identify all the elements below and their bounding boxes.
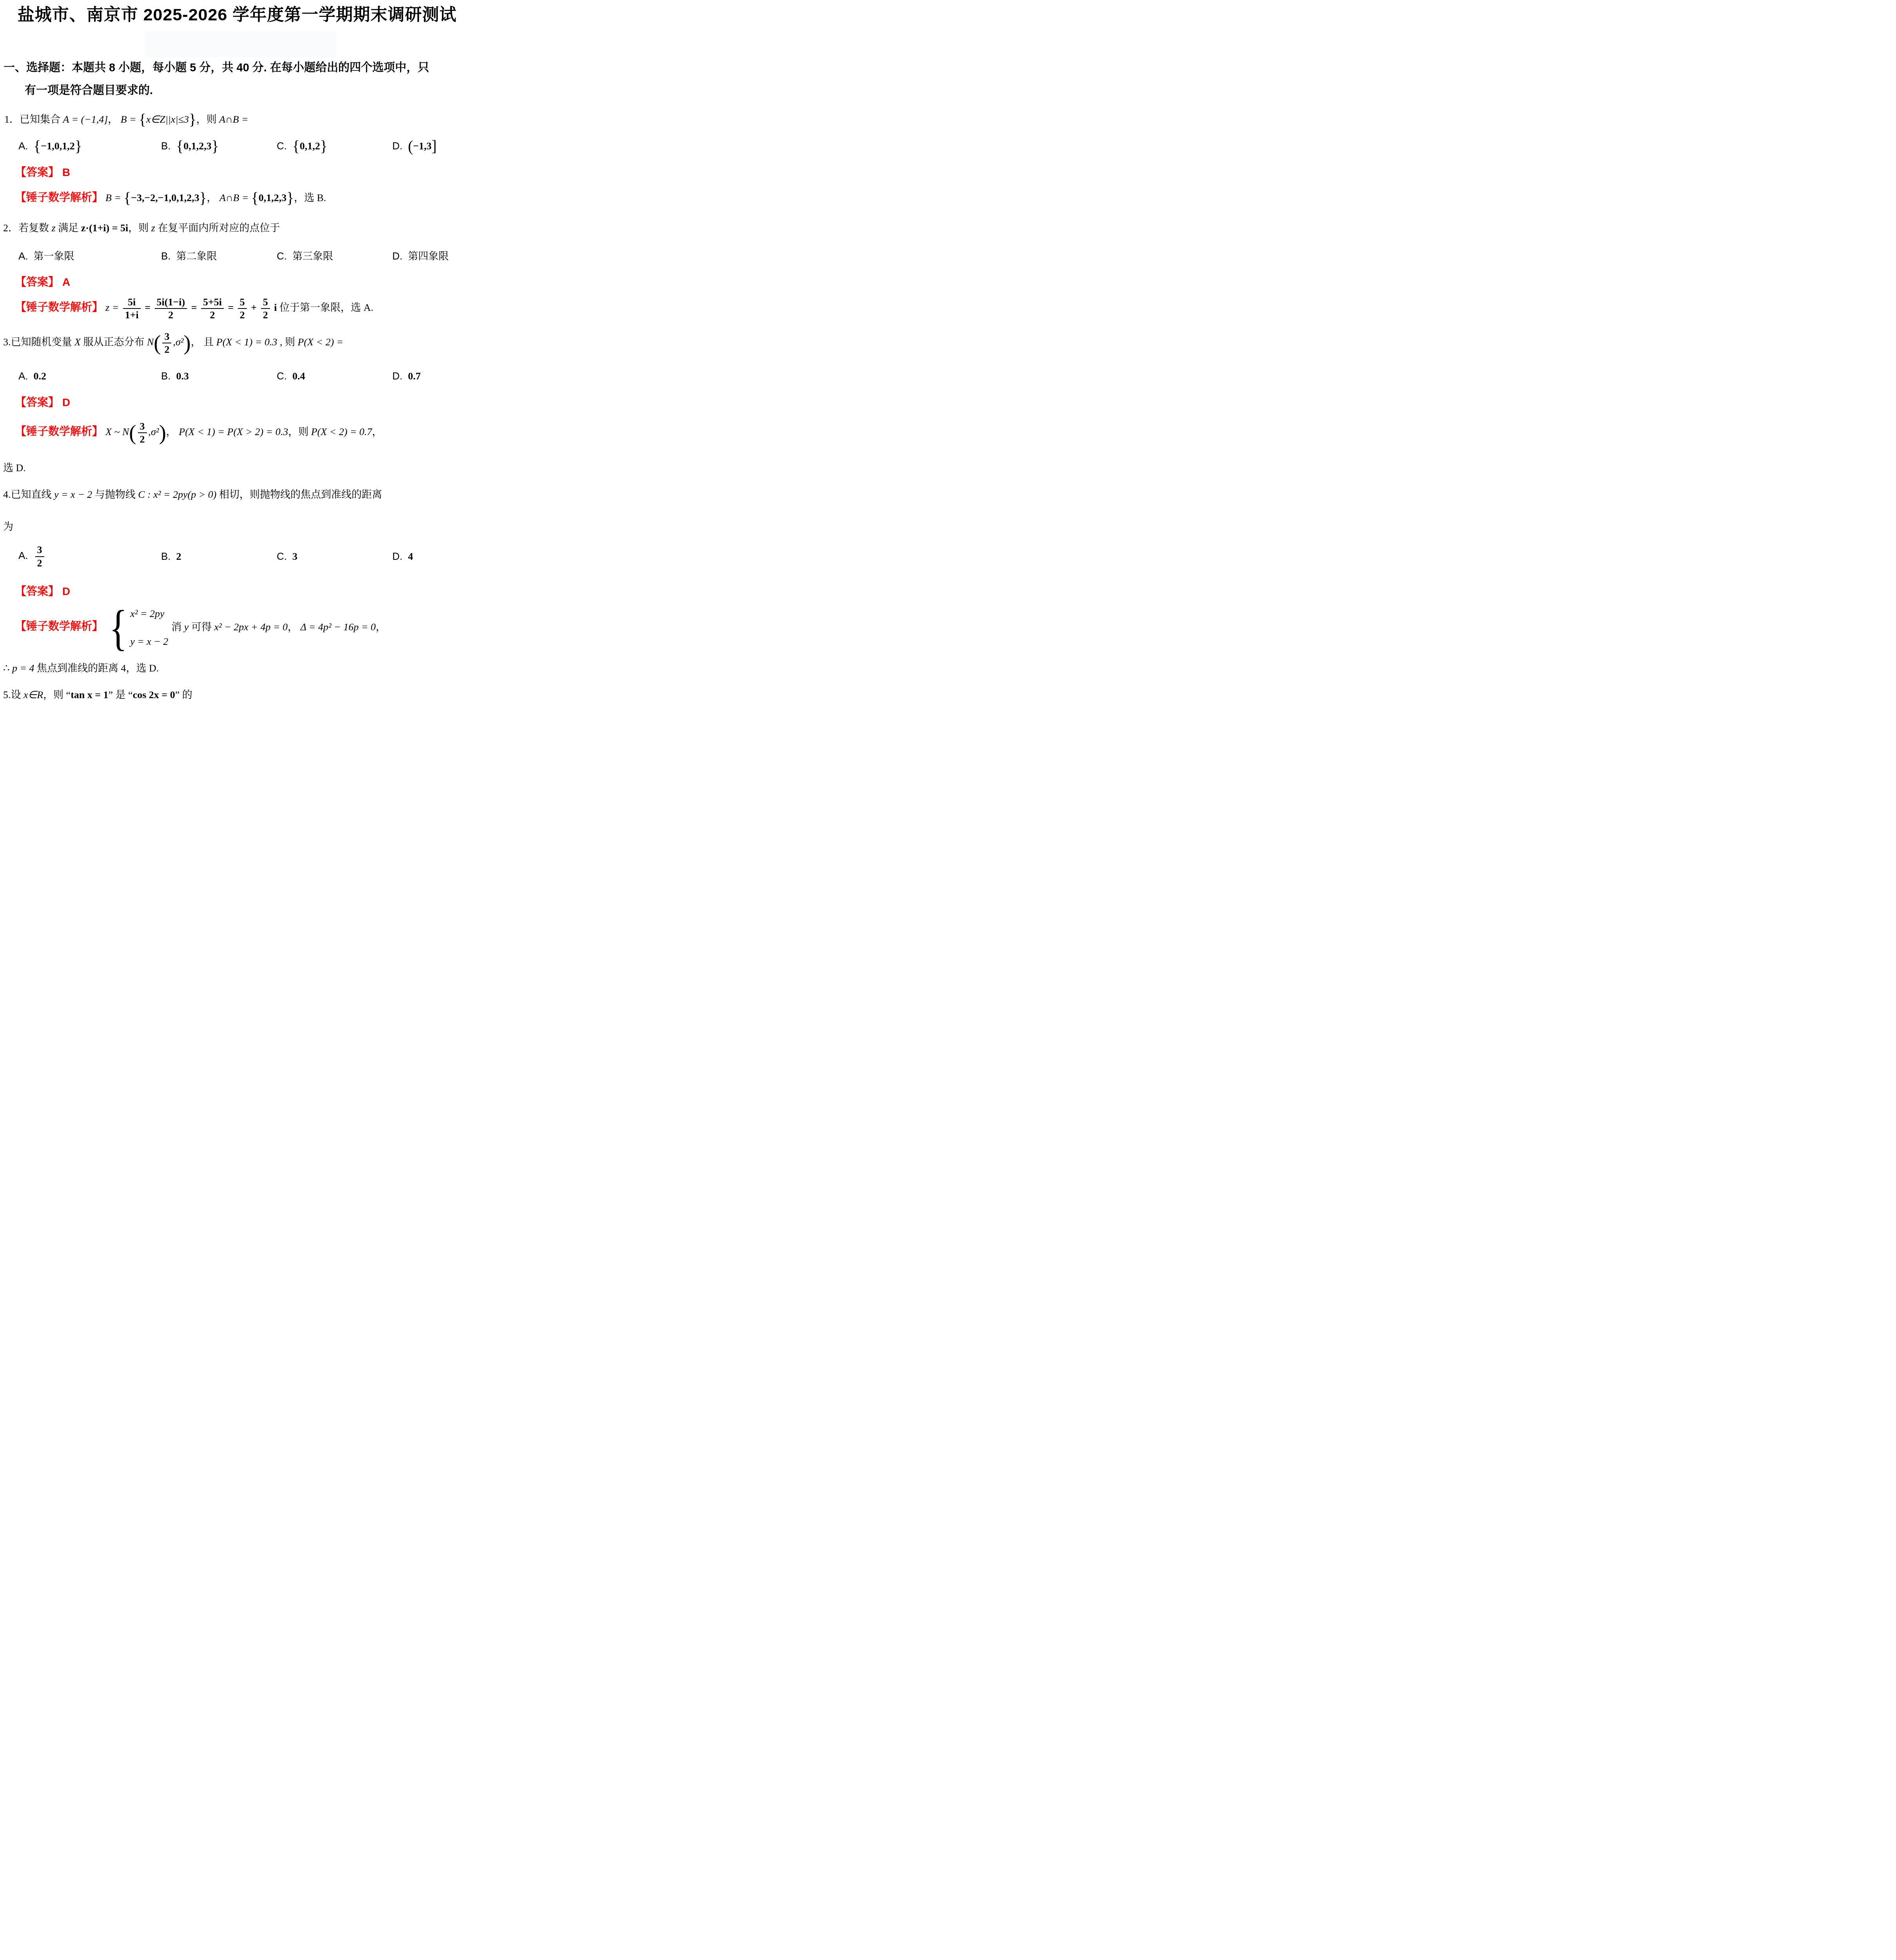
answer-value: D	[62, 585, 70, 597]
answer-tag: 【答案】	[15, 166, 59, 178]
analysis-math: A∩B =	[219, 192, 251, 203]
option-value: −1,0,1,2	[41, 140, 74, 152]
analysis-var-y: y	[184, 621, 189, 632]
fraction: 5i(1−i)2	[155, 296, 187, 321]
q1-option-d: D.(−1,3]	[392, 140, 474, 152]
option-label: C.	[277, 370, 287, 382]
q3-option-d: D.0.7	[392, 370, 474, 382]
exam-document-page: 盐城市、南京市 2025-2026 学年度第一学期期末调研测试 一、选择题：本题…	[0, 0, 474, 725]
numerator: 5+5i	[201, 296, 224, 308]
question-3-conclusion: 选 D.	[0, 461, 474, 475]
numerator: 5	[238, 296, 247, 308]
q2-option-b: B.第二象限	[161, 248, 277, 263]
fraction: 5+5i2	[201, 296, 224, 321]
page-title: 盐城市、南京市 2025-2026 学年度第一学期期末调研测试	[0, 0, 474, 26]
q2-stem-text: 满足	[56, 222, 81, 234]
q2-var-z: z	[151, 222, 155, 234]
q3-stem-text: 服从正态分布	[81, 336, 147, 348]
q1-brace-open: {	[139, 111, 146, 128]
denominator: 2	[35, 556, 44, 569]
q3-var-x: X	[74, 336, 81, 348]
analysis-tag: 【锤子数学解析】	[15, 191, 103, 203]
q4-stem-text: 与抛物线	[92, 489, 138, 500]
cases-eq-1: x² = 2py	[130, 606, 168, 621]
analysis-set: −3,−2,−1,0,1,2,3	[131, 192, 199, 203]
equals: =	[228, 302, 234, 313]
denominator: 1+i	[123, 308, 141, 321]
q5-x-in-r: x∈R	[24, 689, 43, 701]
option-value: 0.2	[34, 370, 47, 382]
q4-stem-text: 已知直线	[11, 489, 54, 500]
q2-equation: z·(1+i) = 5i	[81, 222, 129, 234]
option-value: 第三象限	[292, 250, 333, 262]
analysis-text: ，	[372, 426, 382, 437]
denominator: 2	[138, 432, 147, 445]
brace-close: }	[212, 138, 219, 155]
question-1-stem: 1．已知集合 A = (−1,4]， B = {x∈Z||x|≤3}，则 A∩B…	[0, 112, 474, 127]
brace-open: {	[34, 138, 41, 155]
option-label: A.	[18, 370, 28, 382]
denominator: 2	[261, 308, 270, 321]
option-value: 第四象限	[408, 250, 449, 262]
section-header-line-1: 一、选择题：本题共 8 小题，每小题 5 分，共 40 分. 在每小题给出的四个…	[4, 56, 474, 79]
option-label: B.	[161, 140, 171, 152]
denominator: 2	[238, 308, 247, 321]
brace-open: {	[176, 138, 184, 155]
question-2-options: A.第一象限 B.第二象限 C.第三象限 D.第四象限	[0, 248, 474, 263]
q2-stem-text: 若复数	[18, 222, 52, 234]
denominator: 2	[162, 343, 171, 355]
denominator: 2	[155, 308, 187, 321]
analysis-set: 0,1,2,3	[259, 192, 287, 203]
sigma-squared: ,σ²	[173, 336, 183, 348]
q2-stem-text: 在复平面内所对应的点位于	[155, 222, 280, 234]
option-value: 第一象限	[34, 250, 74, 262]
equals: =	[145, 302, 150, 313]
option-value: 0,1,2	[300, 140, 320, 152]
q2-var-z: z	[52, 222, 56, 234]
analysis-tag: 【锤子数学解析】	[15, 620, 103, 632]
question-2-stem: 2．若复数 z 满足 z·(1+i) = 5i，则 z 在复平面内所对应的点位于	[0, 221, 474, 236]
analysis-math: z =	[105, 302, 119, 313]
analysis-text: ，则	[288, 426, 311, 437]
q3-prob-1: P(X < 1) = 0.3	[216, 336, 277, 348]
analysis-math: X ~ N	[105, 426, 129, 437]
q5-tan-eq: tan x = 1	[71, 689, 108, 701]
question-2-number: 2．	[3, 222, 18, 234]
numerator: 5	[261, 296, 270, 308]
option-label: C.	[277, 550, 287, 562]
fraction: 32	[162, 331, 171, 355]
q4-option-d: D.4	[392, 550, 474, 563]
q1-option-c: C.{0,1,2}	[277, 140, 392, 152]
question-1-analysis: 【锤子数学解析】B = {−3,−2,−1,0,1,2,3}， A∩B = {0…	[0, 190, 474, 206]
numerator: 3	[35, 544, 44, 556]
option-value: 4	[408, 551, 413, 562]
option-label: D.	[392, 550, 402, 562]
analysis-text: ，	[166, 426, 179, 437]
analysis-text: ，选 B.	[294, 192, 326, 203]
analysis-tag: 【锤子数学解析】	[15, 301, 103, 313]
analysis-text: 焦点到准线的距离 4，选 D.	[34, 662, 159, 674]
option-label: C.	[277, 250, 287, 262]
question-2-analysis: 【锤子数学解析】z = 5i1+i = 5i(1−i)2 = 5+5i2 = 5…	[0, 296, 474, 321]
option-value: 0,1,2,3	[183, 140, 212, 152]
fraction: 52	[261, 296, 270, 321]
paren-open: (	[154, 331, 161, 355]
analysis-text: ，	[288, 621, 301, 632]
answer-value: D	[62, 396, 70, 408]
question-3-analysis: 【锤子数学解析】X ~ N(32,σ²)， P(X < 1) = P(X > 2…	[0, 421, 474, 445]
question-1-number: 1．	[4, 114, 20, 125]
cases-system: {x² = 2pyy = x − 2	[106, 606, 168, 649]
paren-close: )	[184, 331, 191, 355]
question-3-number: 3.	[3, 336, 11, 348]
q1-then: ，则	[196, 114, 219, 125]
q2-option-d: D.第四象限	[392, 248, 474, 263]
q1-stem-text: 已知集合	[20, 114, 63, 125]
fraction: 52	[238, 296, 247, 321]
option-label: A.	[18, 140, 28, 152]
q5-stem-text: ” 的	[175, 689, 192, 701]
q1-set-b-lhs: B =	[121, 114, 139, 125]
q4-parabola-eq: C : x² = 2py(p > 0)	[138, 489, 216, 500]
paren-open: (	[129, 421, 136, 445]
numerator: 5i(1−i)	[155, 296, 187, 308]
q3-prob-2: P(X < 2) =	[297, 336, 343, 348]
q3-normal-n: N	[147, 336, 154, 348]
option-value: 0.4	[292, 370, 305, 382]
fraction: 5i1+i	[123, 296, 141, 321]
bracket-close: ]	[431, 138, 437, 155]
q1-comma: ，	[108, 114, 121, 125]
q4-stem-text: 相切，则抛物线的焦点到准线的距离	[216, 489, 382, 500]
brace-open: {	[292, 138, 300, 155]
q1-brace-close: }	[189, 111, 196, 128]
q3-option-c: C.0.4	[277, 370, 392, 382]
q2-option-c: C.第三象限	[277, 248, 392, 263]
denominator: 2	[201, 308, 224, 321]
answer-value: B	[62, 166, 70, 178]
fraction: 32	[138, 421, 147, 445]
question-5-number: 5.	[3, 689, 11, 701]
question-4-options: A.32 B.2 C.3 D.4	[0, 544, 474, 568]
numerator: 3	[138, 421, 147, 432]
option-value: 0.7	[408, 370, 421, 382]
option-value: 3	[292, 551, 297, 562]
cases-eq-2: y = x − 2	[130, 634, 168, 649]
analysis-math: B =	[105, 192, 123, 203]
option-label: B.	[161, 550, 171, 562]
q4-option-a: A.32	[18, 544, 161, 568]
option-value: 第二象限	[176, 250, 217, 262]
numerator: 3	[162, 331, 171, 343]
question-3-answer: 【答案】D	[0, 394, 474, 410]
analysis-math: x² − 2px + 4p = 0	[214, 621, 288, 632]
question-2-answer: 【答案】A	[0, 274, 474, 289]
analysis-text: ，	[207, 192, 219, 203]
question-4-answer: 【答案】D	[0, 583, 474, 599]
sigma-squared: ,σ²	[149, 426, 159, 437]
numerator: 5i	[123, 296, 141, 308]
analysis-text: 位于第一象限，选 A.	[277, 302, 373, 313]
option-label: B.	[161, 250, 171, 262]
q3-option-a: A.0.2	[18, 370, 161, 382]
section-header: 一、选择题：本题共 8 小题，每小题 5 分，共 40 分. 在每小题给出的四个…	[0, 56, 474, 102]
equals: =	[191, 302, 197, 313]
q4-line-eq: y = x − 2	[54, 489, 92, 500]
q5-cos-eq: cos 2x = 0	[133, 689, 175, 701]
option-label: D.	[392, 250, 402, 262]
question-4-analysis: 【锤子数学解析】{x² = 2pyy = x − 2消 y 可得 x² − 2p…	[0, 606, 474, 649]
q4-option-b: B.2	[161, 550, 277, 563]
section-header-line-2: 有一项是符合题目要求的.	[4, 79, 474, 102]
question-4-conclusion: ∴ p = 4 焦点到准线的距离 4，选 D.	[0, 661, 474, 676]
q4-stem-text: 为	[3, 521, 13, 532]
brace-open: {	[251, 190, 259, 207]
paren-close: )	[159, 421, 166, 445]
option-label: D.	[392, 140, 402, 152]
q1-set-a: A = (−1,4]	[63, 114, 108, 125]
option-value: 0.3	[176, 370, 189, 382]
q1-intersection: A∩B =	[219, 114, 248, 125]
q1-set-b-body: x∈Z||x|≤3	[146, 114, 189, 125]
question-1-options: A.{−1,0,1,2} B.{0,1,2,3} C.{0,1,2} D.(−1…	[0, 140, 474, 152]
analysis-text: 可得	[189, 621, 214, 632]
q3-stem-text: , 则	[277, 336, 297, 348]
analysis-text: ，	[376, 621, 386, 632]
q2-option-a: A.第一象限	[18, 248, 161, 263]
option-label: A.	[18, 550, 28, 561]
q1-option-b: B.{0,1,2,3}	[161, 140, 277, 152]
q5-stem-text: ，则 “	[43, 689, 71, 701]
q2-stem-text: ，则	[128, 222, 151, 234]
analysis-math: P(X < 1) = P(X > 2) = 0.3	[179, 426, 288, 437]
analysis-math: P(X < 2) = 0.7	[311, 426, 372, 437]
q1-option-a: A.{−1,0,1,2}	[18, 140, 161, 152]
question-4-stem: 4.已知直线 y = x − 2 与抛物线 C : x² = 2py(p > 0…	[0, 487, 474, 502]
question-3-stem: 3.已知随机变量 X 服从正态分布 N(32,σ²)， 且 P(X < 1) =…	[0, 331, 474, 355]
q5-stem-text: 设	[11, 689, 24, 701]
brace-close: }	[286, 190, 294, 207]
brace-close: }	[75, 138, 82, 155]
option-label: B.	[161, 370, 171, 382]
fraction: 32	[35, 544, 44, 568]
question-1-answer: 【答案】B	[0, 164, 474, 180]
q3-stem-text: 已知随机变量	[11, 336, 75, 348]
question-3-options: A.0.2 B.0.3 C.0.4 D.0.7	[0, 370, 474, 382]
choose-d-text: 选 D.	[3, 462, 26, 474]
answer-value: A	[62, 276, 70, 288]
option-label: D.	[392, 370, 402, 382]
q3-stem-text: ， 且	[191, 336, 216, 348]
option-label: C.	[277, 140, 287, 152]
brace-close: }	[199, 190, 207, 207]
question-5-stem: 5.设 x∈R，则 “tan x = 1” 是 “cos 2x = 0” 的	[0, 688, 474, 702]
question-4-number: 4.	[3, 489, 11, 500]
answer-tag: 【答案】	[15, 276, 59, 288]
q5-stem-text: ” 是 “	[109, 689, 133, 701]
option-label: A.	[18, 250, 28, 262]
analysis-tag: 【锤子数学解析】	[15, 425, 103, 437]
q3-option-b: B.0.3	[161, 370, 277, 382]
analysis-text: 消	[171, 621, 184, 632]
therefore-symbol: ∴	[3, 662, 12, 674]
analysis-math: p = 4	[12, 662, 34, 674]
question-4-stem-line-2: 为	[0, 519, 474, 534]
q4-option-c: C.3	[277, 550, 392, 563]
plus: +	[251, 302, 257, 313]
option-value: 2	[176, 551, 181, 562]
brace-close: }	[320, 138, 328, 155]
paren-open: (	[408, 138, 413, 155]
brace-open: {	[123, 190, 131, 207]
answer-tag: 【答案】	[15, 396, 59, 408]
watermark-block	[145, 31, 336, 57]
answer-tag: 【答案】	[15, 585, 59, 597]
option-value: −1,3	[413, 140, 431, 152]
analysis-math: Δ = 4p² − 16p = 0	[300, 621, 375, 632]
